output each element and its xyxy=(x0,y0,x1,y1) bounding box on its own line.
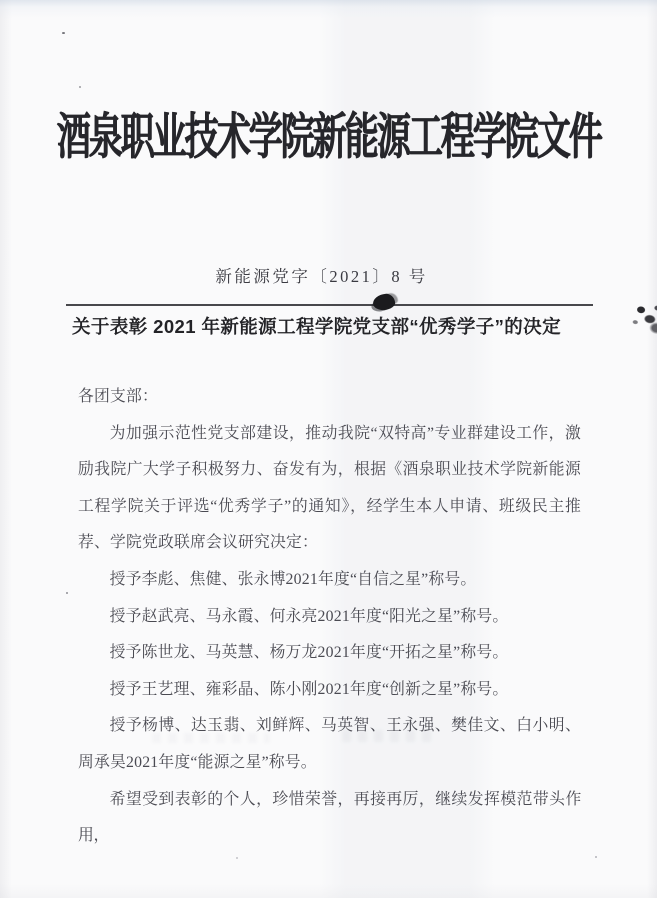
scan-speck xyxy=(62,32,65,34)
letterhead-divider-rule xyxy=(66,304,593,306)
award-line-innovation-star: 授予王艺理、雍彩晶、陈小刚2021年度“创新之星”称号。 xyxy=(78,672,581,709)
award-line-sunshine-star: 授予赵武亮、马永霞、何永亮2021年度“阳光之星”称号。 xyxy=(78,599,581,636)
scan-speck xyxy=(595,856,597,858)
bleed-through-ghost xyxy=(152,733,270,743)
award-line-energy-star: 授予杨博、达玉翡、刘鲜辉、马英智、王永强、樊佳文、白小明、周承昊2021年度“能… xyxy=(78,708,581,781)
document-title: 关于表彰 2021 年新能源工程学院党支部“优秀学子”的决定 xyxy=(0,313,633,339)
scan-speck xyxy=(66,592,68,594)
scan-speck xyxy=(79,86,81,88)
salutation: 各团支部： xyxy=(78,379,581,416)
document-number: 新能源党字〔2021〕8 号 xyxy=(0,263,643,287)
ink-smudge-page-edge xyxy=(625,294,657,341)
document-body: 各团支部： 为加强示范性党支部建设，推动我院“双特高”专业群建设工作，激励我院广… xyxy=(78,379,581,855)
scanned-document-page: 酒泉职业技术学院新能源工程学院文件 新能源党字〔2021〕8 号 关于表彰 20… xyxy=(0,0,657,898)
closing-line: 希望受到表彰的个人，珍惜荣誉，再接再厉，继续发挥模范带头作用， xyxy=(78,782,581,855)
ink-smudge xyxy=(372,293,396,311)
award-line-pioneering-star: 授予陈世龙、马英慧、杨万龙2021年度“开拓之星”称号。 xyxy=(78,635,581,672)
intro-paragraph: 为加强示范性党支部建设，推动我院“双特高”专业群建设工作，激励我院广大学子积极努… xyxy=(78,416,581,562)
letterhead-title: 酒泉职业技术学院新能源工程学院文件 xyxy=(57,97,601,168)
award-line-self-confidence-star: 授予李彪、焦健、张永博2021年度“自信之星”称号。 xyxy=(78,562,581,599)
scan-speck xyxy=(236,857,238,859)
bleed-through-ghost xyxy=(342,730,438,742)
letterhead: 酒泉职业技术学院新能源工程学院文件 xyxy=(0,97,657,146)
